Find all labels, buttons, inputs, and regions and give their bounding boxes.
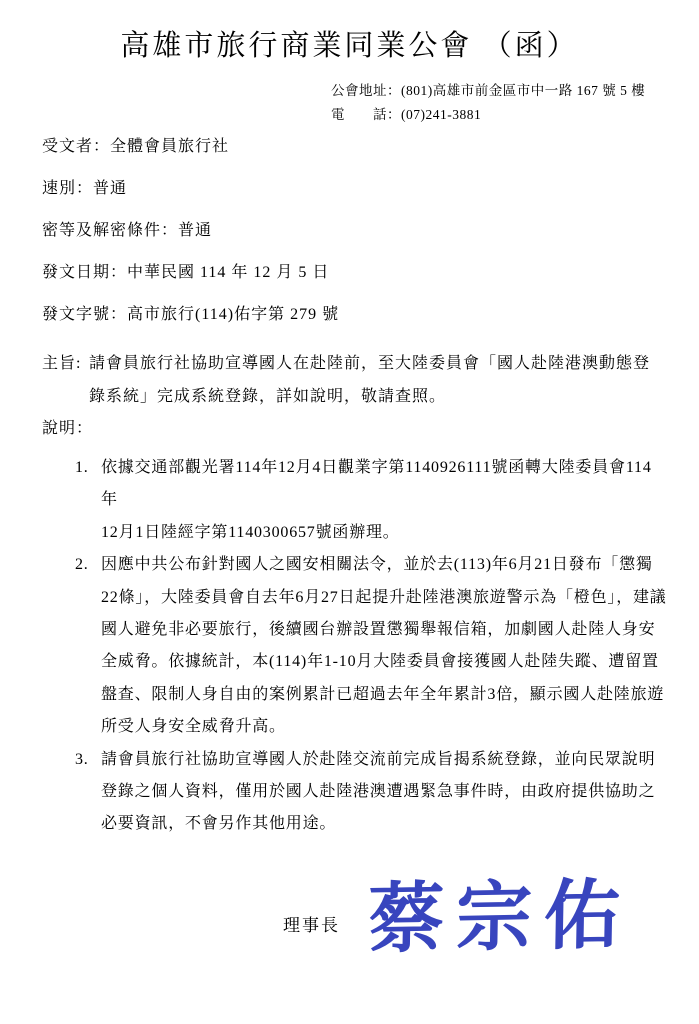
item-line: 12月1日陸經字第1140300657號函辦理。 [101, 517, 667, 549]
explanation-item-3: 3. 請會員旅行社協助宣導國人於赴陸交流前完成旨揭系統登錄，並向民眾說明 登錄之… [75, 744, 667, 841]
field-classification-label: 密等及解密條件： [42, 222, 178, 239]
item-line: 必要資訊，不會另作其他用途。 [101, 808, 667, 840]
field-priority-label: 速別： [42, 180, 93, 197]
item-line: 依據交通部觀光署114年12月4日觀業字第1140926111號函轉大陸委員會1… [101, 452, 667, 517]
field-recipient-label: 受文者： [42, 138, 110, 155]
subject-body: 請會員旅行社協助宣導國人在赴陸前，至大陸委員會「國人赴陸港澳動態登 錄系統」完成… [89, 347, 699, 413]
org-address-value: (801)高雄市前金區市中一路 167 號 5 樓 [401, 83, 645, 98]
subject-line: 錄系統」完成系統登錄，詳如說明，敬請查照。 [89, 380, 699, 413]
signature-title: 理事長 [283, 899, 340, 936]
item-line: 登錄之個人資料，僅用於國人赴陸港澳遭遇緊急事件時，由政府提供協助之 [101, 776, 667, 808]
signature-name: 蔡宗佑 [367, 866, 633, 971]
field-classification-value: 普通 [178, 222, 212, 239]
item-line: 所受人身安全威脅升高。 [101, 711, 667, 743]
field-priority-value: 普通 [93, 180, 127, 197]
explanation-label: 說明： [42, 417, 699, 441]
org-phone-value: (07)241-3881 [401, 107, 481, 122]
field-doc-number-label: 發文字號： [42, 306, 127, 323]
field-classification: 密等及解密條件：普通 [42, 221, 699, 240]
org-address-label: 公會地址： [331, 83, 401, 98]
field-priority: 速別：普通 [42, 179, 699, 198]
subject-section: 主旨: 請會員旅行社協助宣導國人在赴陸前，至大陸委員會「國人赴陸港澳動態登 錄系… [42, 347, 699, 413]
field-doc-number-value: 高市旅行(114)佑字第 279 號 [127, 306, 339, 323]
subject-line: 請會員旅行社協助宣導國人在赴陸前，至大陸委員會「國人赴陸港澳動態登 [89, 347, 699, 380]
explanation-item-1: 1. 依據交通部觀光署114年12月4日觀業字第1140926111號函轉大陸委… [75, 452, 667, 549]
item-number: 2. [75, 549, 101, 743]
item-line: 請會員旅行社協助宣導國人於赴陸交流前完成旨揭系統登錄，並向民眾說明 [101, 744, 667, 776]
field-recipient: 受文者：全體會員旅行社 [42, 137, 699, 156]
item-line: 全威脅。依據統計，本(114)年1-10月大陸委員會接獲國人赴陸失蹤、遭留置 [101, 646, 667, 678]
item-body: 依據交通部觀光署114年12月4日觀業字第1140926111號函轉大陸委員會1… [101, 452, 667, 549]
field-issue-date-label: 發文日期： [42, 264, 127, 281]
field-issue-date: 發文日期：中華民國 114 年 12 月 5 日 [42, 263, 699, 282]
subject-label: 主旨: [42, 347, 89, 413]
letter-title: 高雄市旅行商業同業公會 （函） [0, 0, 699, 66]
org-address-line: 公會地址：(801)高雄市前金區市中一路 167 號 5 樓 [331, 79, 699, 103]
document-page: 高雄市旅行商業同業公會 （函） 公會地址：(801)高雄市前金區市中一路 167… [0, 0, 699, 1024]
signature-block: 理事長 蔡宗佑 [283, 863, 699, 973]
field-doc-number: 發文字號：高市旅行(114)佑字第 279 號 [42, 305, 699, 324]
item-body: 請會員旅行社協助宣導國人於赴陸交流前完成旨揭系統登錄，並向民眾說明 登錄之個人資… [101, 744, 667, 841]
item-line: 盤查、限制人身自由的案例累計已超過去年全年累計3倍，顯示國人赴陸旅遊 [101, 679, 667, 711]
field-issue-date-value: 中華民國 114 年 12 月 5 日 [127, 264, 329, 281]
item-number: 3. [75, 744, 101, 841]
letter-fields: 受文者：全體會員旅行社 速別：普通 密等及解密條件：普通 發文日期：中華民國 1… [42, 137, 699, 324]
explanation-item-2: 2. 因應中共公布針對國人之國安相關法令，並於去(113)年6月21日發布「懲獨… [75, 549, 667, 743]
item-line: 國人避免非必要旅行，後續國台辦設置懲獨舉報信箱，加劇國人赴陸人身安 [101, 614, 667, 646]
field-recipient-value: 全體會員旅行社 [110, 138, 229, 155]
item-line: 因應中共公布針對國人之國安相關法令，並於去(113)年6月21日發布「懲獨 [101, 549, 667, 581]
item-body: 因應中共公布針對國人之國安相關法令，並於去(113)年6月21日發布「懲獨 22… [101, 549, 667, 743]
explanation-items: 1. 依據交通部觀光署114年12月4日觀業字第1140926111號函轉大陸委… [75, 452, 667, 841]
org-phone-label: 電 話： [331, 107, 401, 122]
item-line: 22條」，大陸委員會自去年6月27日起提升赴陸港澳旅遊警示為「橙色」，建議 [101, 582, 667, 614]
item-number: 1. [75, 452, 101, 549]
org-info-block: 公會地址：(801)高雄市前金區市中一路 167 號 5 樓 電 話：(07)2… [331, 79, 699, 127]
org-phone-line: 電 話：(07)241-3881 [331, 103, 699, 127]
